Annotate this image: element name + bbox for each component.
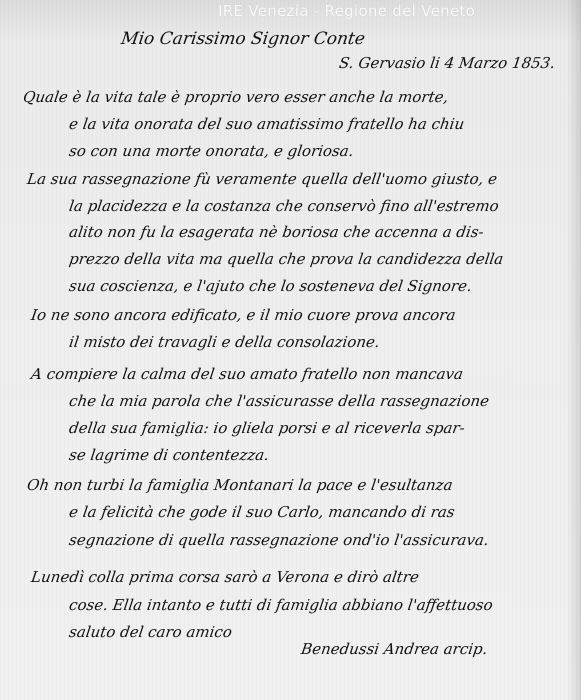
letter-line: cose. Ella intanto e tutti di famiglia a… (68, 596, 494, 614)
letter-line: segnazione di quella rassegnazione ond'i… (68, 531, 490, 549)
letter-line: so con una morte onorata, e gloriosa. (68, 142, 355, 160)
watermark: IRE Venezia - Regione del Veneto (218, 2, 475, 20)
letter-line: A compiere la calma del suo amato fratel… (30, 365, 464, 383)
letter-line: La sua rassegnazione fù veramente quella… (26, 170, 498, 188)
letter-line: alito non fu la esagerata nè boriosa che… (68, 223, 485, 241)
letter-line: e la felicità che gode il suo Carlo, man… (68, 503, 456, 521)
letter-line: che la mia parola che l'assicurasse dell… (68, 392, 490, 410)
letter-salutation: Mio Carissimo Signor Conte (120, 30, 366, 48)
letter-line: sua coscienza, e l'ajuto che lo sostenev… (68, 277, 473, 295)
letter-line: della sua famiglia: io gliela porsi e al… (68, 419, 466, 437)
letter-line: Lunedì colla prima corsa sarò a Verona e… (30, 568, 420, 586)
letter-line: saluto del caro amico (68, 623, 233, 641)
letter-line: il misto dei travagli e della consolazio… (68, 333, 381, 351)
letter-signature: Benedussi Andrea arcip. (300, 640, 489, 658)
letter-line: Oh non turbi la famiglia Montanari la pa… (26, 476, 454, 494)
letter-line: Quale è la vita tale è proprio vero esse… (22, 88, 450, 106)
letter-line: se lagrime di contentezza. (68, 446, 270, 464)
letter-line: la placidezza e la costanza che conservò… (68, 197, 500, 215)
letter-line: prezzo della vita ma quella che prova la… (68, 250, 505, 268)
scanned-letter-page: IRE Venezia - Regione del Veneto Mio Car… (0, 0, 581, 700)
letter-line: Io ne sono ancora edificato, e il mio cu… (30, 306, 457, 324)
letter-dateline: S. Gervasio li 4 Marzo 1853. (338, 54, 556, 72)
letter-line: e la vita onorata del suo amatissimo fra… (68, 115, 465, 133)
